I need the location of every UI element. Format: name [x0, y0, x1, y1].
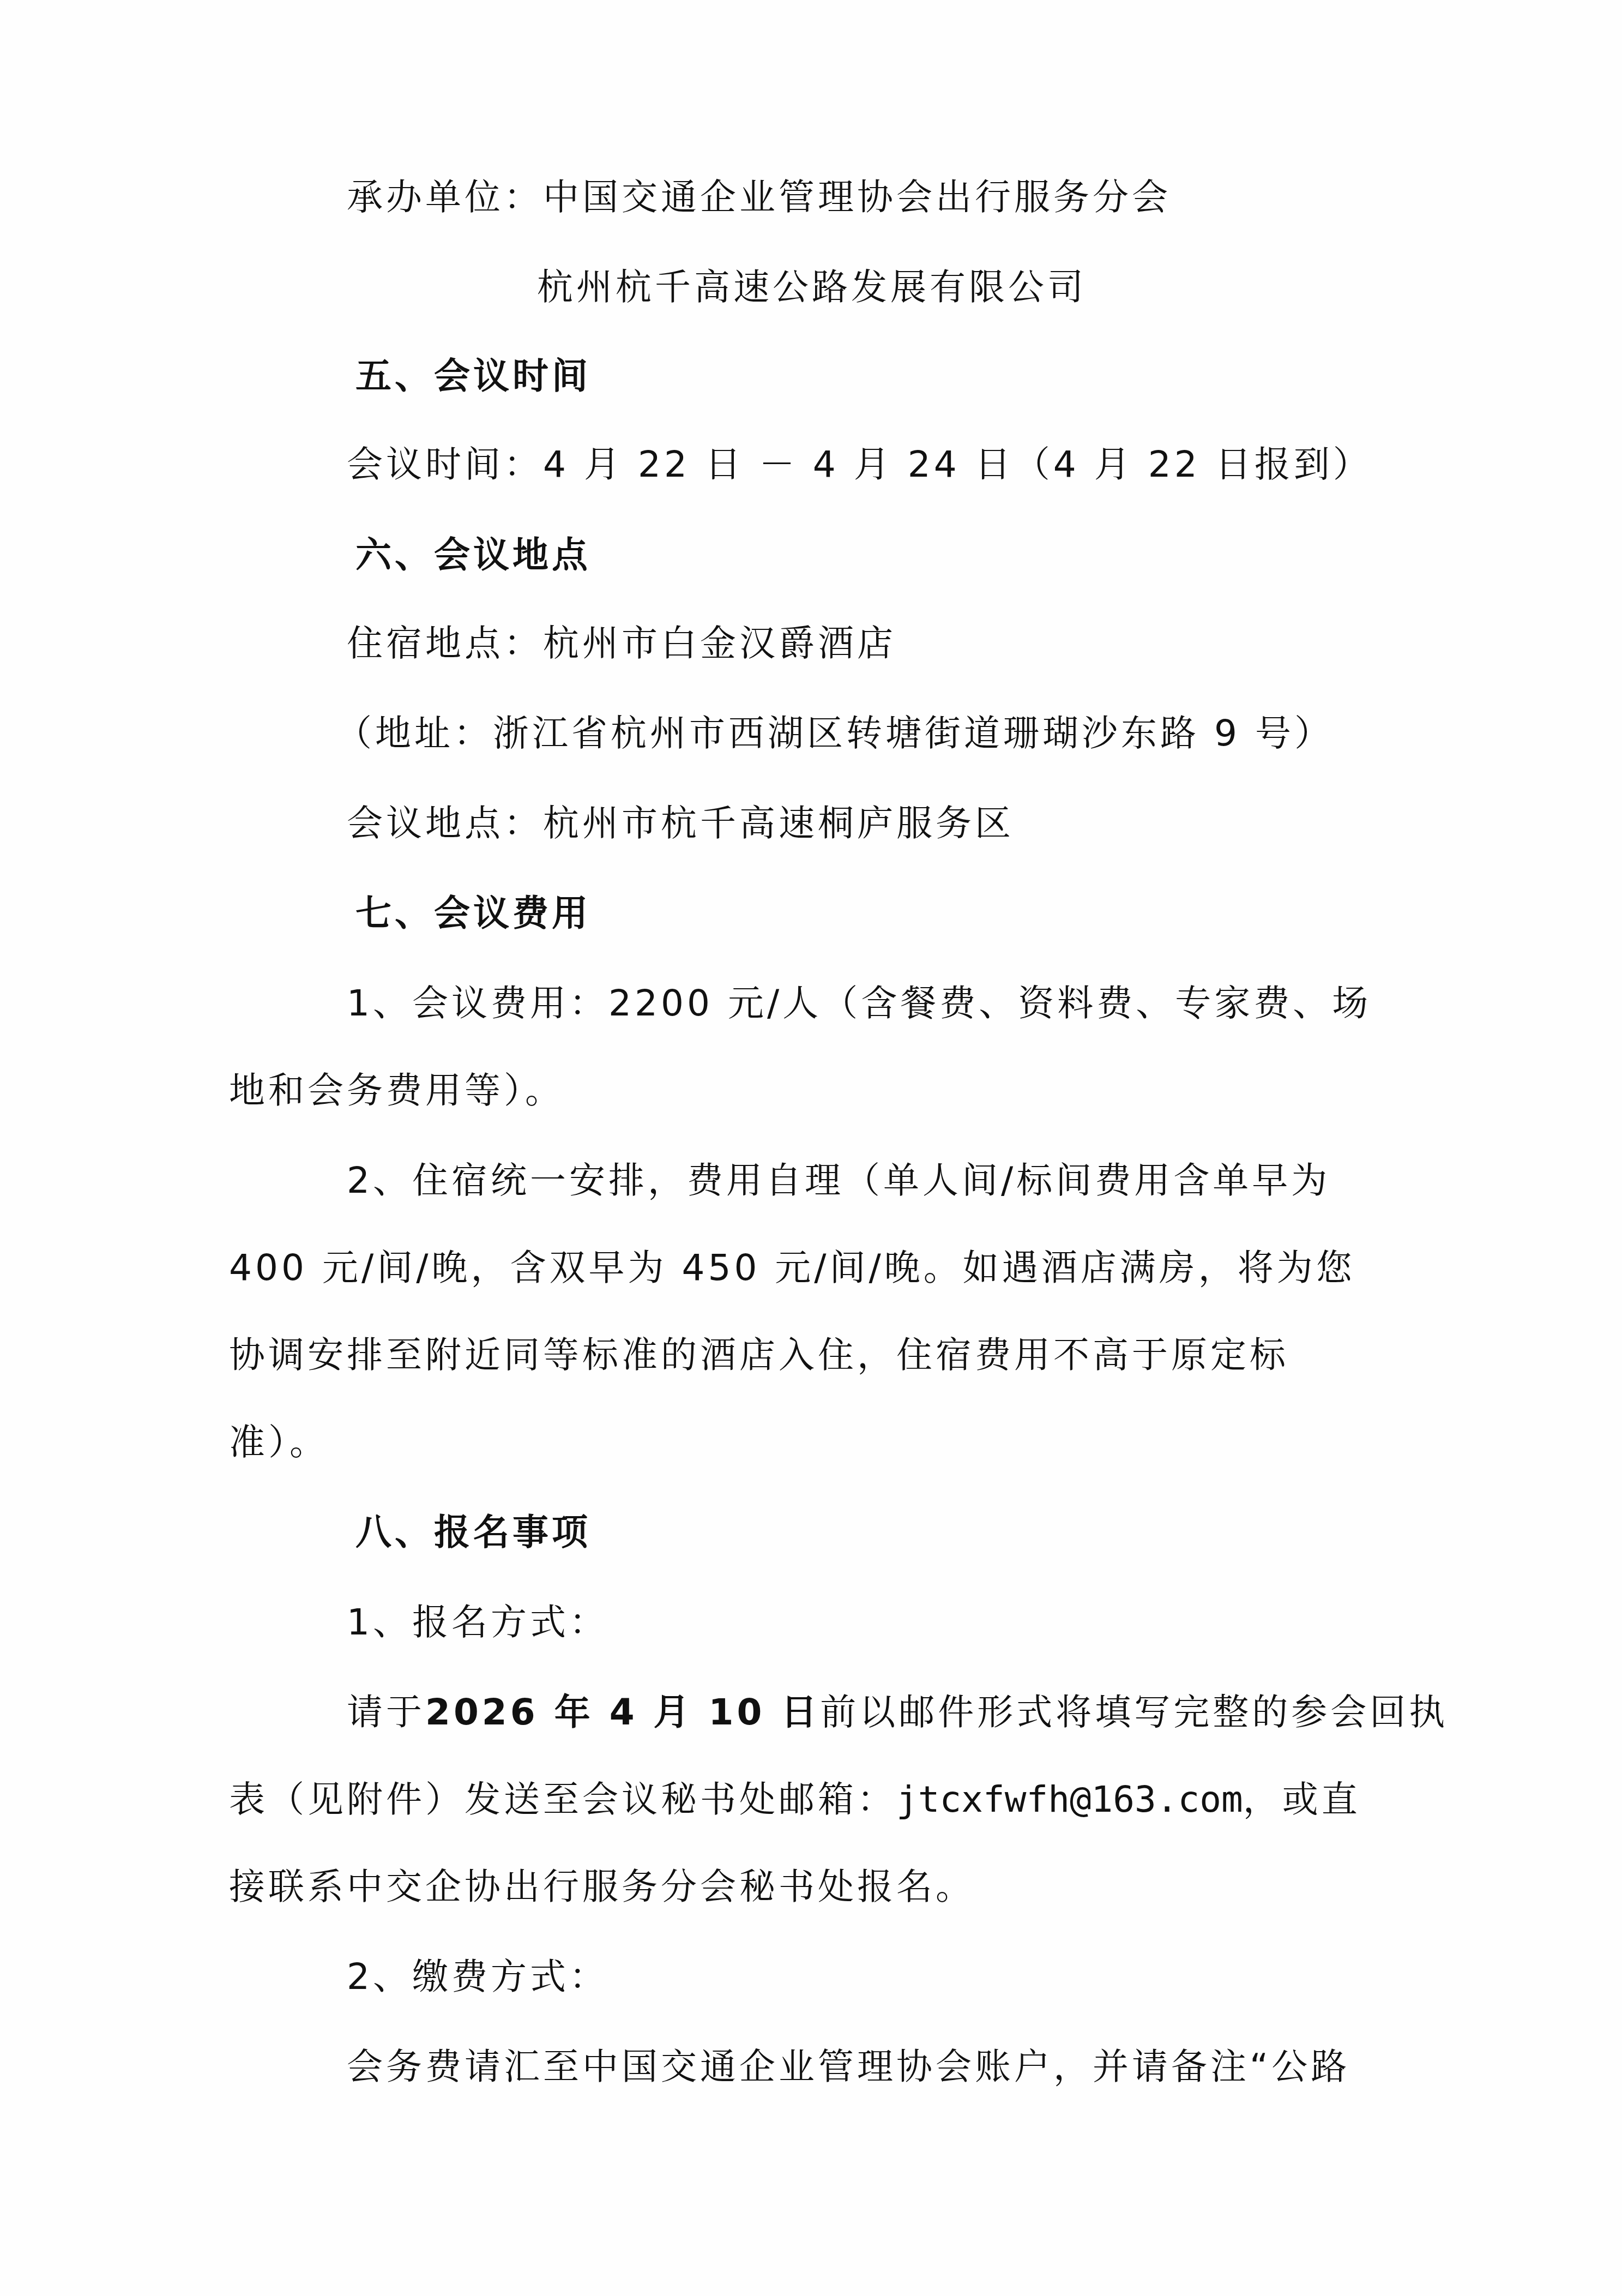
fee1-line2: 地和会务费用等）。: [229, 1069, 564, 1113]
registration-line2: 表（见附件）发送至会议秘书处邮箱：jtcxfwfh@163.com，或直: [229, 1778, 1361, 1822]
organizer-org1: 中国交通企业管理协会出行服务分会: [543, 176, 1171, 218]
section8-heading: 八、报名事项: [355, 1511, 591, 1554]
meeting-venue: 会议地点：杭州市杭千高速桐庐服务区: [347, 802, 1014, 845]
organizer-label: 承办单位：: [347, 176, 543, 218]
payment-method-title: 2、缴费方式：: [347, 1955, 608, 1999]
organizer-line: 承办单位：中国交通企业管理协会出行服务分会: [347, 176, 1171, 219]
section6-heading: 六、会议地点: [355, 533, 591, 577]
registration-method-title: 1、报名方式：: [347, 1601, 608, 1644]
section7-heading: 七、会议费用: [355, 892, 591, 935]
lodging-address: （地址：浙江省杭州市西湖区转塘街道珊瑚沙东路 9 号）: [336, 712, 1334, 755]
fee1-line1: 1、会议费用：2200 元/人（含餐费、资料费、专家费、场: [347, 982, 1371, 1025]
fee2-line1: 2、住宿统一安排，费用自理（单人间/标间费用含单早为: [347, 1159, 1330, 1203]
document-page: 承办单位：中国交通企业管理协会出行服务分会 杭州杭千高速公路发展有限公司 五、会…: [0, 0, 1622, 2296]
organizer-org2: 杭州杭千高速公路发展有限公司: [537, 266, 1087, 309]
fee2-line2: 400 元/间/晚，含双早为 450 元/间/晚。如遇酒店满房，将为您: [229, 1246, 1355, 1290]
email-link[interactable]: jtcxfwfh@163.com: [896, 1778, 1243, 1820]
reg-text: 请于: [347, 1691, 425, 1733]
payment-line1: 会务费请汇至中国交通企业管理协会账户，并请备注“公路: [347, 2045, 1350, 2089]
registration-deadline: 2026 年 4 月 10 日: [425, 1691, 820, 1733]
reg-text: 表（见附件）发送至会议秘书处邮箱：: [229, 1778, 896, 1820]
meeting-time: 会议时间：4 月 22 日 － 4 月 24 日（4 月 22 日报到）: [347, 443, 1372, 486]
section5-heading: 五、会议时间: [355, 354, 591, 398]
lodging-location: 住宿地点：杭州市白金汉爵酒店: [347, 622, 896, 665]
reg-text: ，或直: [1243, 1778, 1361, 1820]
registration-line1: 请于2026 年 4 月 10 日前以邮件形式将填写完整的参会回执: [347, 1691, 1448, 1734]
fee2-line3: 协调安排至附近同等标准的酒店入住，住宿费用不高于原定标: [229, 1333, 1289, 1377]
fee2-line4: 准）。: [229, 1421, 329, 1464]
reg-text: 前以邮件形式将填写完整的参会回执: [820, 1691, 1448, 1733]
registration-line3: 接联系中交企协出行服务分会秘书处报名。: [229, 1865, 975, 1909]
